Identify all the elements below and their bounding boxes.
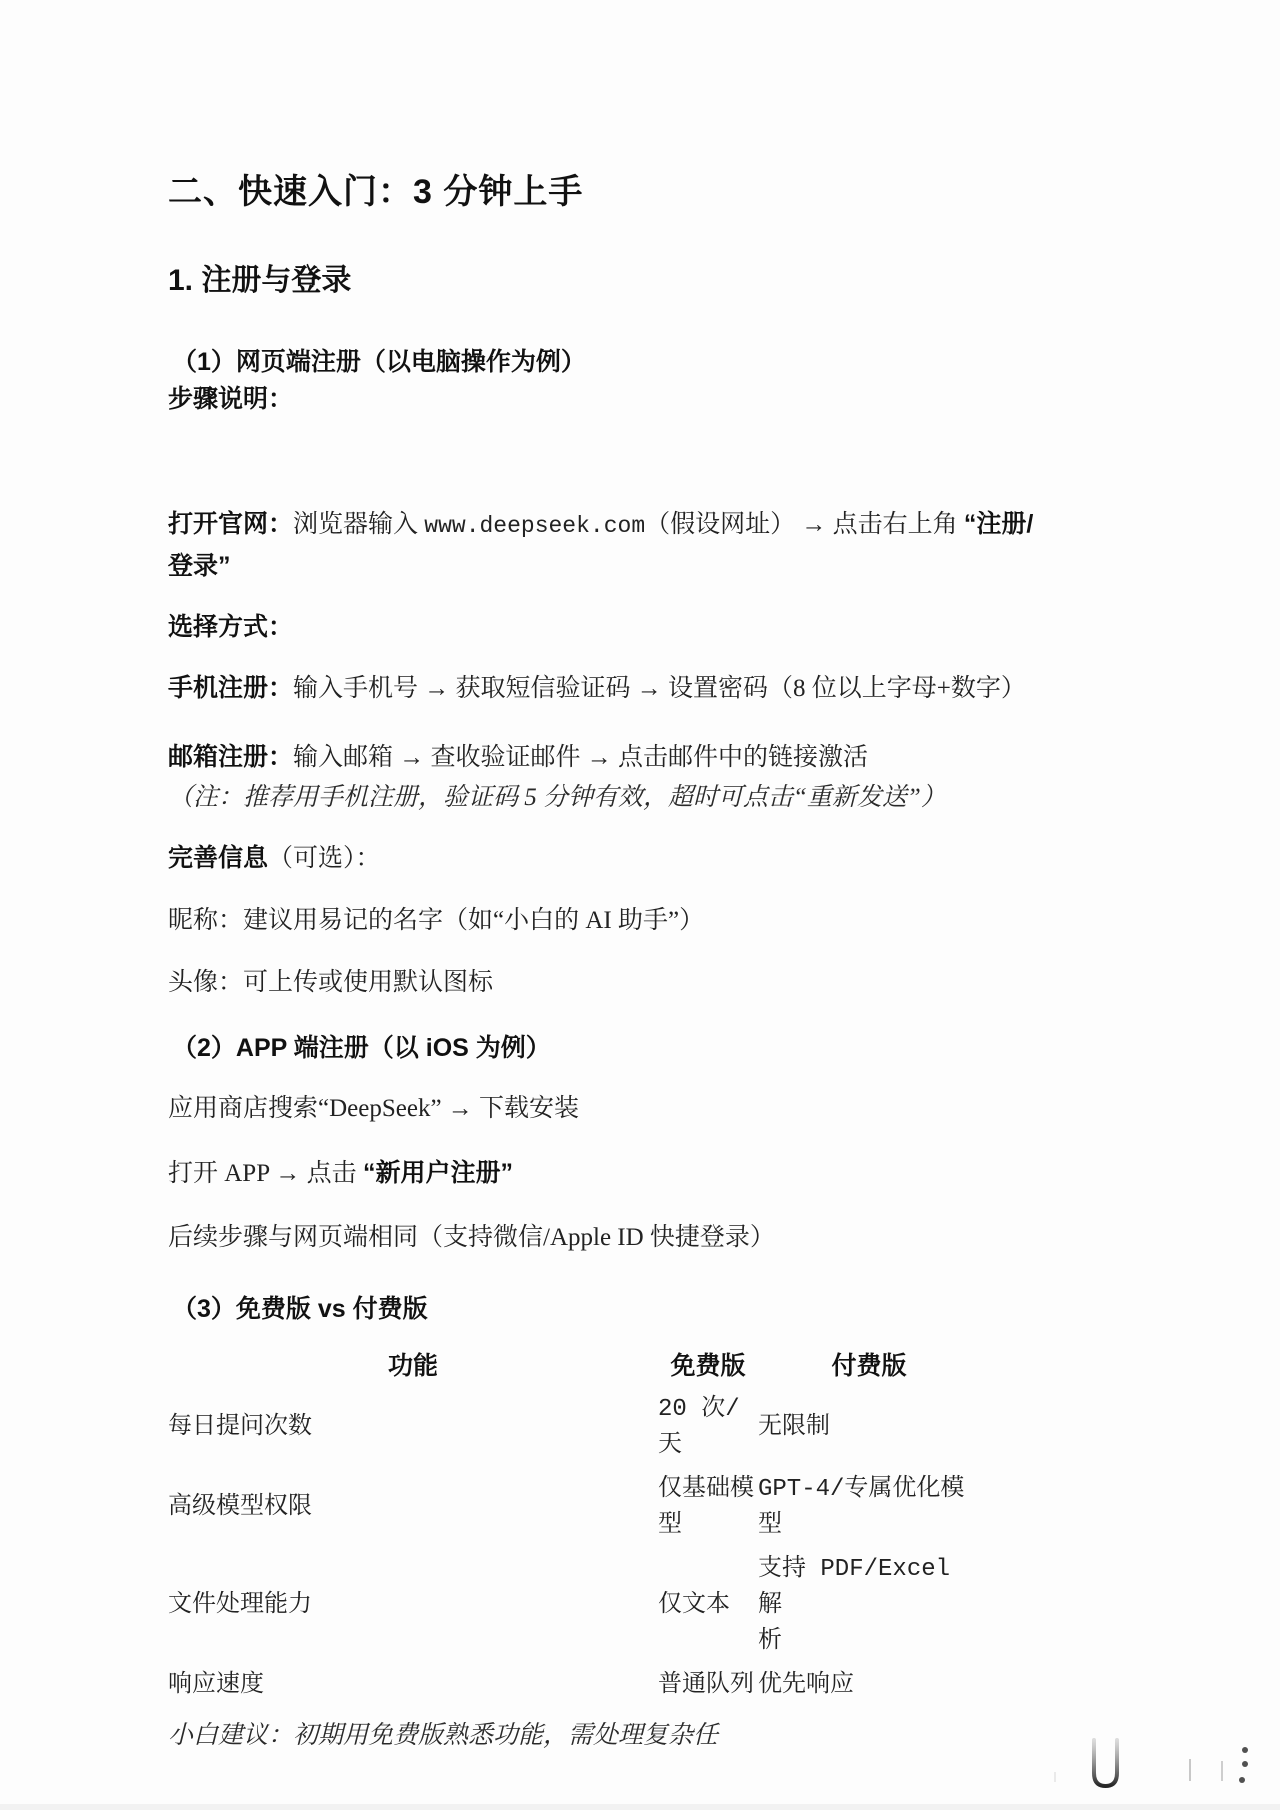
col-header-feature: 功能 [168,1348,658,1388]
email-register-note: （注：推荐用手机注册，验证码 5 分钟有效，超时可点击“重新发送”） [168,784,946,811]
table-row: 高级模型权限 仅基础模 型 GPT-4/专属优化模 型 [168,1468,980,1548]
document-page: 二、快速入门：3 分钟上手 1. 注册与登录 （1）网页端注册（以电脑操作为例）… [0,0,1280,1810]
profile-label: 完善信息 [168,844,268,872]
step-avatar: 头像：可上传或使用默认图标 [168,963,1115,1003]
section-heading-register-login: 1. 注册与登录 [168,262,1115,300]
step-nickname: 昵称：建议用易记的名字（如“小白的 AI 助手”） [168,901,1115,941]
choose-method-label: 选择方式： [168,607,1115,648]
phone-register-label: 手机注册： [168,674,293,702]
table-row: 文件处理能力 仅文本 支持 PDF/Excel 解 析 [168,1548,980,1664]
step-email-register: 邮箱注册：输入邮箱 → 查收验证邮件 → 点击邮件中的链接激活 （注：推荐用手机… [168,737,1115,818]
subheading-web-register: （1）网页端注册（以电脑操作为例） [168,344,1115,381]
table-row: 响应速度 普通队列 优先响应 [168,1664,980,1708]
step-app-follow: 后续步骤与网页端相同（支持微信/Apple ID 快捷登录） [168,1218,1115,1258]
cell-free: 普通队列 [658,1664,758,1708]
page-bottom-edge [0,1804,1280,1810]
open-site-label: 打开官网： [168,510,293,538]
subheading-free-vs-paid: （3）免费版 vs 付费版 [168,1291,1115,1328]
cell-free: 仅基础模 型 [658,1468,758,1548]
cell-feature: 高级模型权限 [168,1468,658,1548]
step-app-open: 打开 APP → 点击 “新用户注册” [168,1153,1115,1194]
deepseek-url: www.deepseek.com [424,513,645,539]
cell-paid: 无限制 [758,1388,980,1468]
register-login-quote-part1: “注册/ [964,510,1033,538]
choose-method-text: 选择方式： [168,613,293,641]
step-phone-register: 手机注册：输入手机号 → 获取短信验证码 → 设置密码（8 位以上字母+数字） [168,668,1115,709]
free-vs-paid-table: 功能 免费版 付费版 每日提问次数 20 次/天 无限制 高级模型权限 仅基础模… [168,1348,980,1708]
cell-free: 仅文本 [658,1548,758,1664]
beginner-advice: 小白建议：初期用免费版熟悉功能，需处理复杂任 [168,1716,1115,1756]
register-login-quote-part2: 登录” [168,552,231,580]
steps-label: 步骤说明： [168,381,1115,418]
table-row: 每日提问次数 20 次/天 无限制 [168,1388,980,1468]
col-header-paid: 付费版 [758,1348,980,1388]
cell-free: 20 次/天 [658,1388,758,1468]
text-segment: 打开 APP → 点击 [168,1160,363,1187]
text-segment: 输入邮箱 → 查收验证邮件 → 点击邮件中的链接激活 [293,744,868,771]
text-segment: （假设网址） → 点击右上角 [645,511,964,538]
cell-feature: 响应速度 [168,1664,658,1708]
cell-paid: 优先响应 [758,1664,980,1708]
pen-stroke-watermark-icon [995,1737,1255,1792]
chapter-title: 二、快速入门：3 分钟上手 [168,0,1115,214]
step-profile: 完善信息（可选）： [168,838,1115,879]
step-open-site: 打开官网：浏览器输入 www.deepseek.com（假设网址） → 点击右上… [168,504,1115,587]
new-user-register-quote: “新用户注册” [363,1159,513,1187]
col-header-free: 免费版 [658,1348,758,1388]
email-register-label: 邮箱注册： [168,743,293,771]
cell-paid: 支持 PDF/Excel 解 析 [758,1548,980,1664]
cell-paid: GPT-4/专属优化模 型 [758,1468,980,1548]
step-app-search: 应用商店搜索“DeepSeek” → 下载安装 [168,1089,1115,1129]
text-segment: 浏览器输入 [293,511,424,538]
table-header-row: 功能 免费版 付费版 [168,1348,980,1388]
cell-feature: 文件处理能力 [168,1548,658,1664]
text-segment: 输入手机号 → 获取短信验证码 → 设置密码（8 位以上字母+数字） [293,675,1026,702]
cell-feature: 每日提问次数 [168,1388,658,1468]
subheading-app-register: （2）APP 端注册（以 iOS 为例） [168,1030,1115,1067]
text-segment: （可选）： [268,845,381,872]
